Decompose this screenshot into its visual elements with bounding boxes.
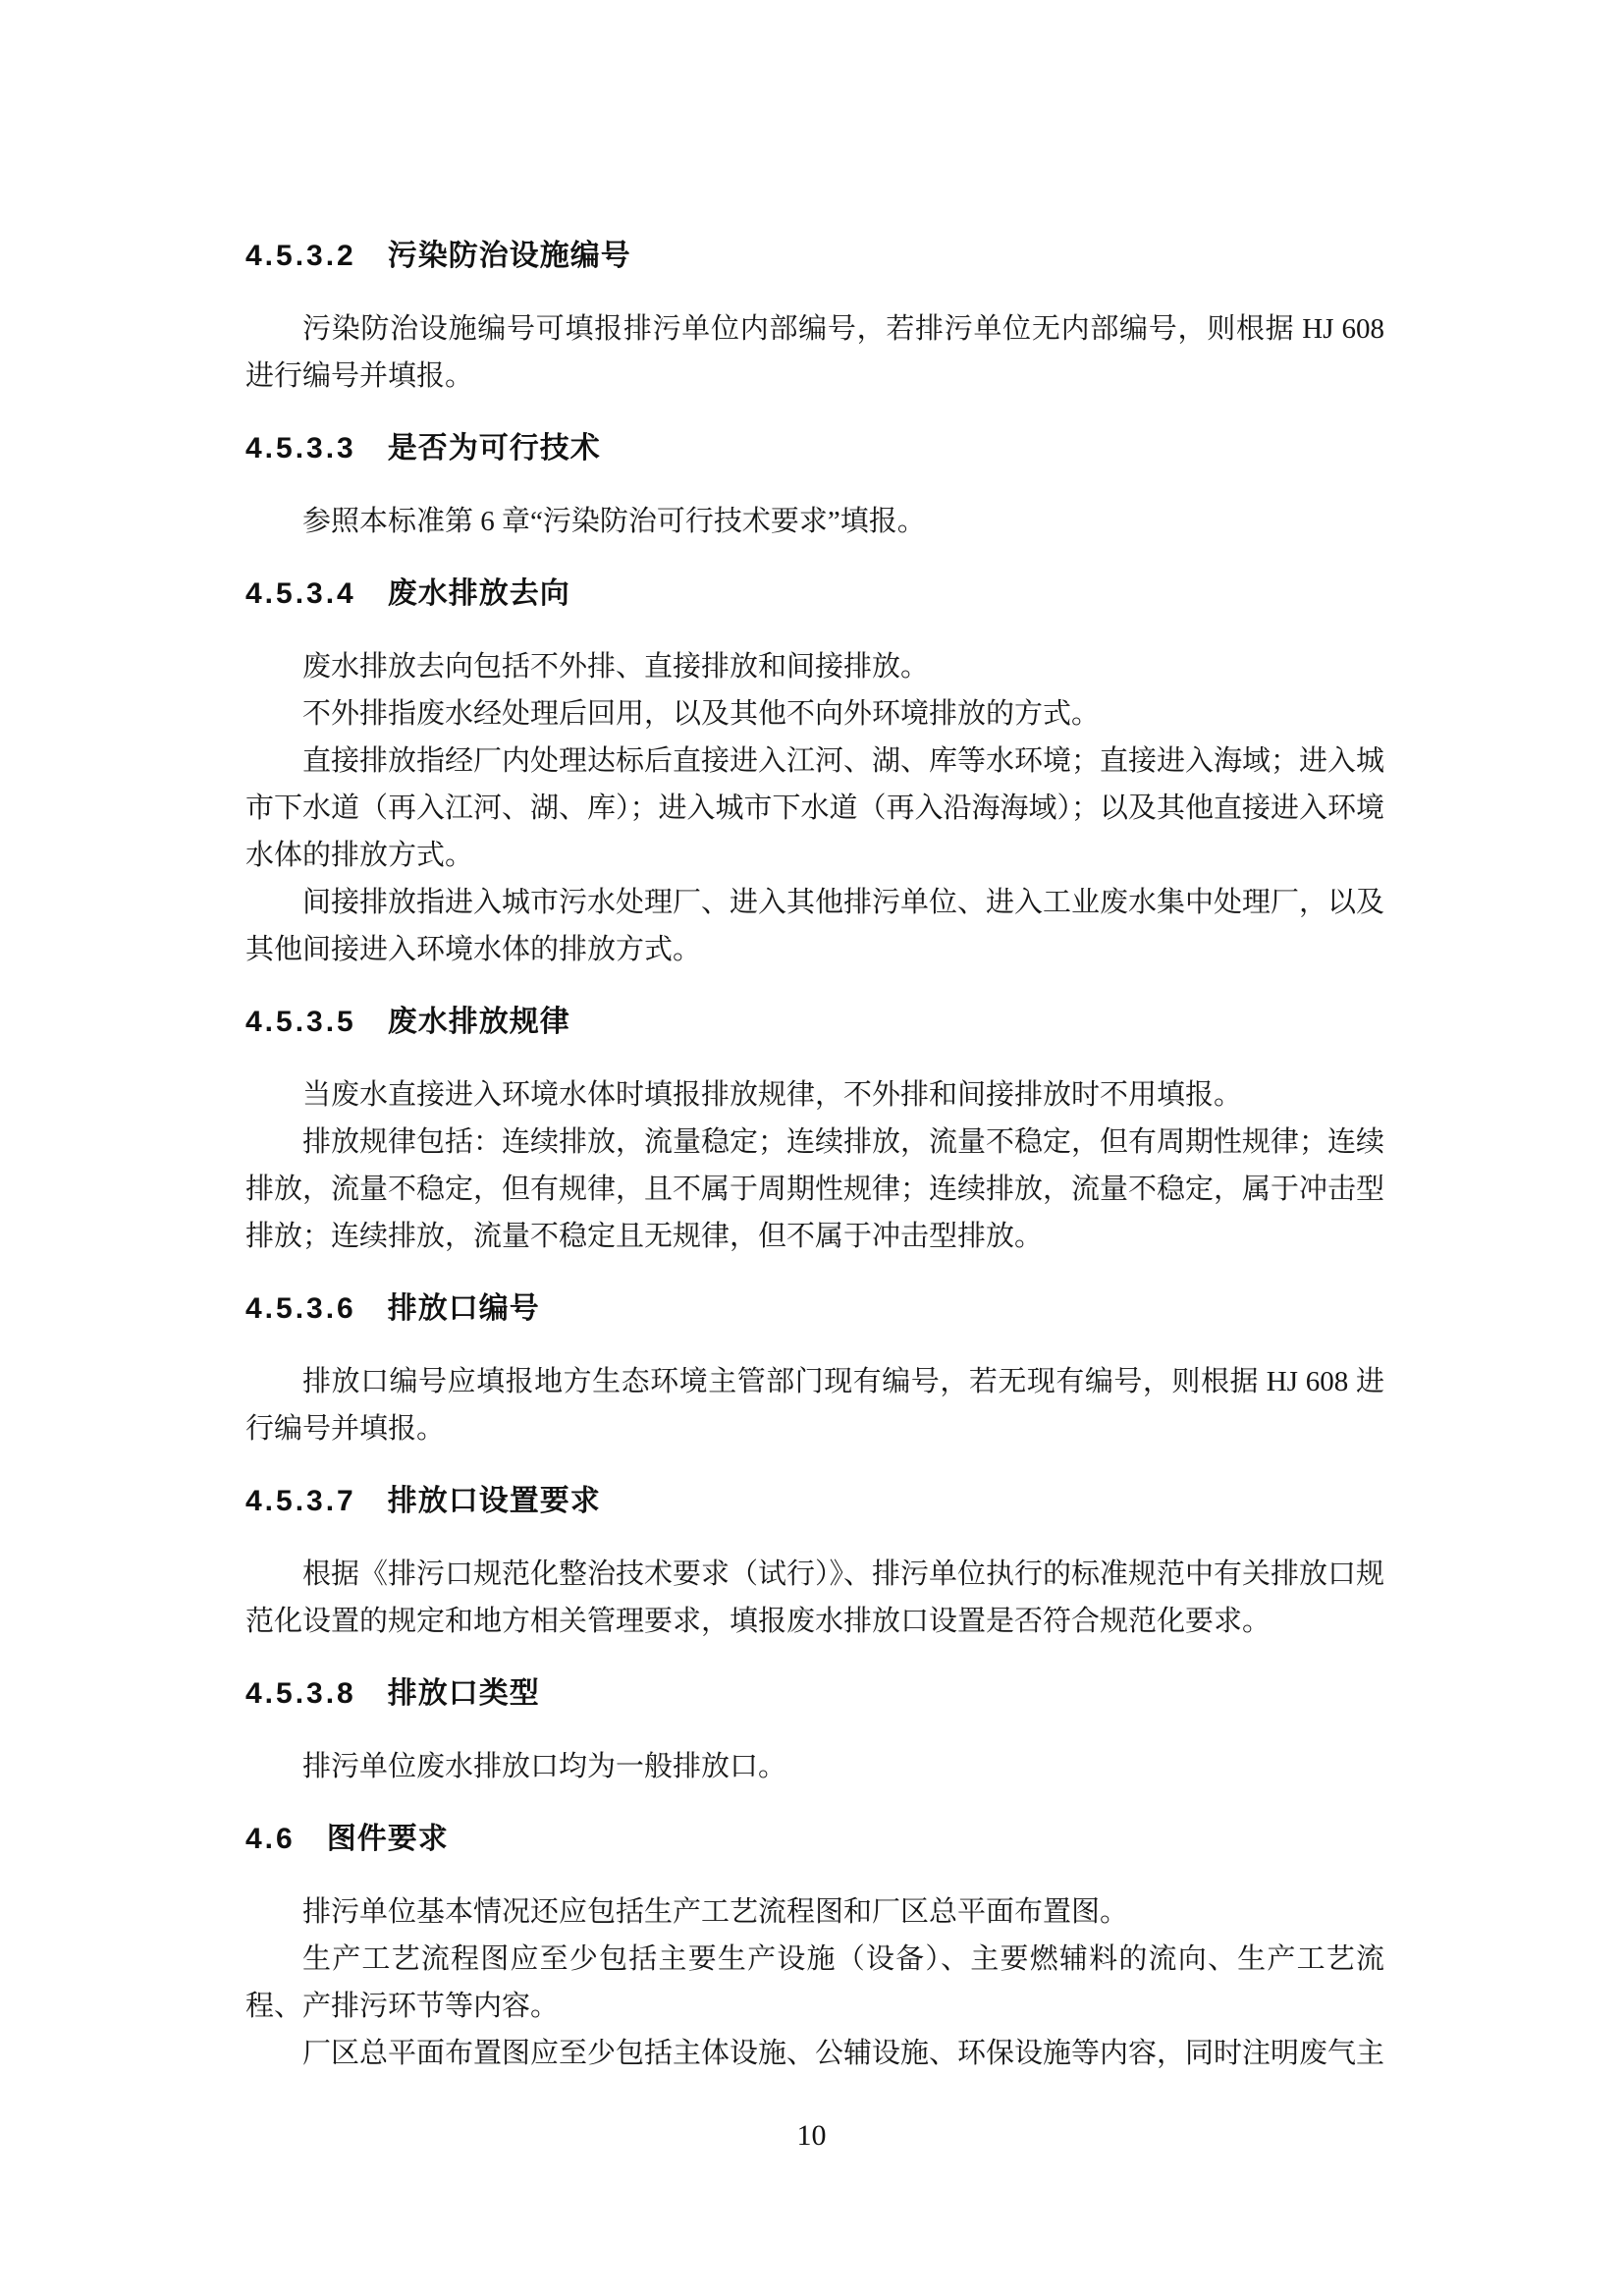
section-number: 4.5.3.6 xyxy=(245,1292,356,1325)
section-number: 4.5.3.4 xyxy=(245,577,356,610)
section-number: 4.6 xyxy=(245,1823,296,1855)
paragraph: 生产工艺流程图应至少包括主要生产设施（设备）、主要燃辅料的流向、生产工艺流程、产… xyxy=(245,1936,1384,2030)
section-title: 污染防治设施编号 xyxy=(388,240,631,272)
section-number: 4.5.3.3 xyxy=(245,432,356,465)
paragraph: 排污单位基本情况还应包括生产工艺流程图和厂区总平面布置图。 xyxy=(245,1888,1384,1936)
section-heading: 4.5.3.3是否为可行技术 xyxy=(245,425,1384,472)
document-page: 4.5.3.2污染防治设施编号 污染防治设施编号可填报排污单位内部编号，若排污单… xyxy=(0,0,1623,2296)
section-heading: 4.5.3.7排放口设置要求 xyxy=(245,1478,1384,1525)
section-heading: 4.5.3.2污染防治设施编号 xyxy=(245,233,1384,280)
section-number: 4.5.3.7 xyxy=(245,1485,356,1517)
paragraph: 厂区总平面布置图应至少包括主体设施、公辅设施、环保设施等内容，同时注明废气主 xyxy=(245,2030,1384,2077)
section-title: 是否为可行技术 xyxy=(388,432,601,465)
section-title: 排放口类型 xyxy=(388,1677,540,1710)
section-number: 4.5.3.8 xyxy=(245,1677,356,1710)
section-heading: 4.5.3.5废水排放规律 xyxy=(245,999,1384,1046)
paragraph: 直接排放指经厂内处理达标后直接进入江河、湖、库等水环境；直接进入海域；进入城市下… xyxy=(245,738,1384,879)
section-heading: 4.5.3.4废水排放去向 xyxy=(245,571,1384,618)
section-title: 排放口设置要求 xyxy=(388,1485,601,1517)
section-title: 图件要求 xyxy=(327,1823,449,1855)
paragraph: 当废水直接进入环境水体时填报排放规律，不外排和间接排放时不用填报。 xyxy=(245,1071,1384,1119)
section-heading: 4.5.3.6排放口编号 xyxy=(245,1285,1384,1333)
document-content: 4.5.3.2污染防治设施编号 污染防治设施编号可填报排污单位内部编号，若排污单… xyxy=(245,233,1384,2077)
paragraph: 参照本标准第 6 章“污染防治可行技术要求”填报。 xyxy=(245,498,1384,545)
paragraph: 间接排放指进入城市污水处理厂、进入其他排污单位、进入工业废水集中处理厂，以及其他… xyxy=(245,879,1384,973)
section-number: 4.5.3.2 xyxy=(245,240,356,272)
paragraph: 不外排指废水经处理后回用，以及其他不向外环境排放的方式。 xyxy=(245,690,1384,738)
section-number: 4.5.3.5 xyxy=(245,1006,356,1038)
section-title: 排放口编号 xyxy=(388,1292,540,1325)
section-title: 废水排放去向 xyxy=(388,577,570,610)
paragraph: 根据《排污口规范化整治技术要求（试行）》、排污单位执行的标准规范中有关排放口规范… xyxy=(245,1551,1384,1645)
paragraph: 排污单位废水排放口均为一般排放口。 xyxy=(245,1743,1384,1790)
paragraph: 排放规律包括：连续排放，流量稳定；连续排放，流量不稳定，但有周期性规律；连续排放… xyxy=(245,1119,1384,1260)
paragraph: 废水排放去向包括不外排、直接排放和间接排放。 xyxy=(245,643,1384,690)
section-title: 废水排放规律 xyxy=(388,1006,570,1038)
page-number: 10 xyxy=(0,2119,1623,2153)
section-heading: 4.6图件要求 xyxy=(245,1816,1384,1863)
section-heading: 4.5.3.8排放口类型 xyxy=(245,1670,1384,1718)
paragraph: 污染防治设施编号可填报排污单位内部编号，若排污单位无内部编号，则根据 HJ 60… xyxy=(245,305,1384,400)
paragraph: 排放口编号应填报地方生态环境主管部门现有编号，若无现有编号，则根据 HJ 608… xyxy=(245,1358,1384,1452)
